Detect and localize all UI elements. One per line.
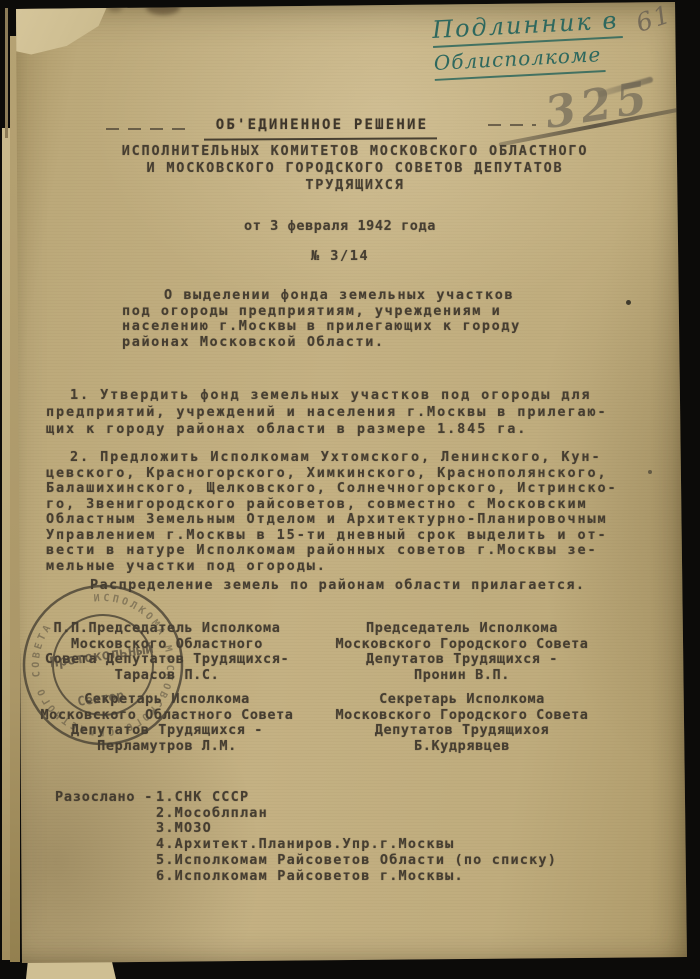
corner-page-number: 61: [632, 0, 675, 38]
distribution-label: Разослано -: [55, 790, 153, 806]
protocol-stamp: ИСПОЛКОМА МОСКОВСКОГО ОБЛАСТНОГО СОВЕТА …: [7, 569, 199, 761]
paragraph-2: 2. Предложить Исполкомам Ухтомского, Лен…: [46, 450, 660, 574]
stamp-inner-text-2: Сектор: [76, 688, 125, 709]
handwritten-note: Подлинник в Облисполкоме: [431, 5, 625, 81]
doc-number: № 3/14: [240, 249, 440, 265]
svg-text:ИСПОЛКОМА МОСКОВСКОГО ОБЛАСТНО: ИСПОЛКОМА МОСКОВСКОГО ОБЛАСТНОГО СОВЕТА: [22, 584, 185, 747]
date-line: от 3 февраля 1942 года: [240, 219, 440, 235]
distribution-list: 1.СНК СССР 2.Мособлплан 3.МОЗО 4.Архитек…: [156, 790, 616, 884]
dash-mark: [106, 128, 190, 130]
document-title: ОБ'ЕДИНЕННОЕ РЕШЕНИЕ: [203, 118, 441, 134]
title-underline: [204, 137, 437, 140]
paragraph-1: 1. Утвердить фонд земельных участков под…: [46, 387, 658, 438]
ink-smudge: [146, 0, 180, 15]
torn-corner: [14, 0, 110, 62]
signature-separator-line: [0, 2, 196, 4]
subject-block: О выделении фонда земельных участков под…: [122, 288, 532, 350]
page-edge-strip: [5, 8, 8, 138]
org-heading: ИСПОЛНИТЕЛЬНЫХ КОМИТЕТОВ МОСКОВСКОГО ОБЛ…: [95, 143, 615, 194]
ink-dot: [626, 300, 631, 305]
separator-dashed-line: [0, 0, 642, 2]
chairman-right-signature: Председатель Исполкома Московского Город…: [328, 621, 596, 683]
stamp-rim-text: ИСПОЛКОМА МОСКОВСКОГО ОБЛАСТНОГО СОВЕТА: [22, 584, 185, 747]
secretary-right-signature: Секретарь Исполкома Московского Городско…: [328, 692, 596, 754]
document-page: 61 Подлинник в Облисполкоме 325 ОБ'ЕДИНЕ…: [0, 0, 700, 979]
dash-mark: [488, 124, 536, 126]
scanner-background: 61 Подлинник в Облисполкоме 325 ОБ'ЕДИНЕ…: [0, 0, 700, 979]
stamp-inner-text-1: Протокольный: [49, 641, 155, 671]
ink-smudge: [108, 4, 122, 12]
